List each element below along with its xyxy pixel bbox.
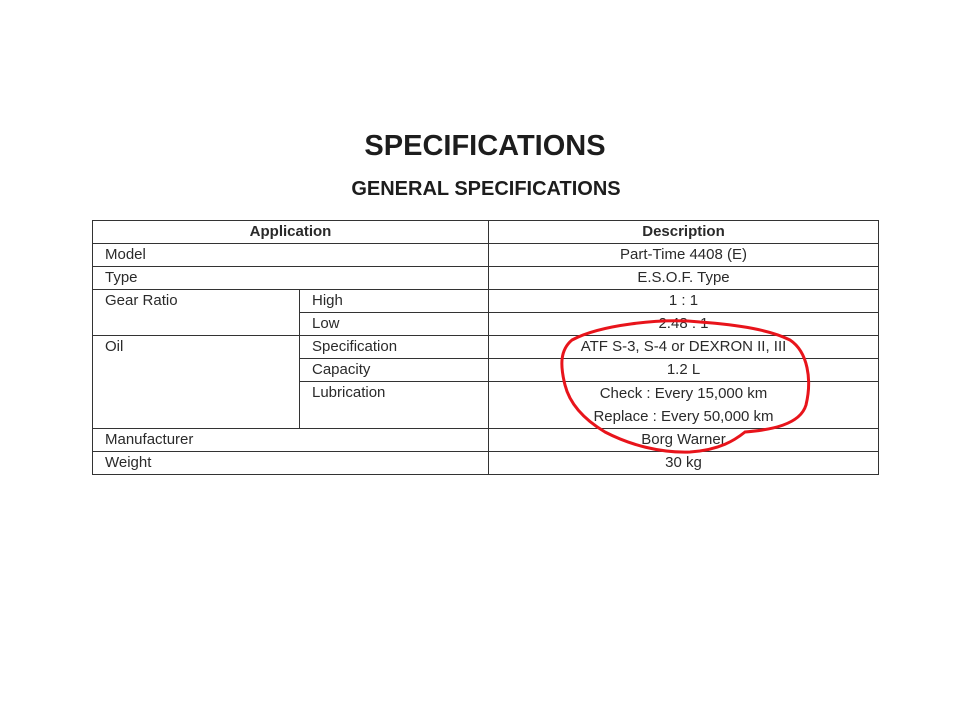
header-description: Description bbox=[489, 221, 879, 244]
value-lubrication: Check : Every 15,000 km Replace : Every … bbox=[489, 382, 879, 429]
row-label-model: Model bbox=[93, 244, 489, 267]
row-label-gear-ratio: Gear Ratio bbox=[93, 290, 300, 336]
sub-label-capacity: Capacity bbox=[300, 359, 489, 382]
page-title: SPECIFICATIONS bbox=[0, 130, 960, 163]
specifications-table: Application Description Model Part-Time … bbox=[92, 220, 879, 475]
row-value-manufacturer: Borg Warner bbox=[489, 429, 879, 452]
lubrication-check: Check : Every 15,000 km bbox=[501, 382, 866, 405]
value-low: 2.48 : 1 bbox=[489, 313, 879, 336]
table-row: Manufacturer Borg Warner bbox=[93, 429, 879, 452]
sub-label-lubrication: Lubrication bbox=[300, 382, 489, 429]
table-row: Weight 30 kg bbox=[93, 452, 879, 475]
table-header-row: Application Description bbox=[93, 221, 879, 244]
row-value-weight: 30 kg bbox=[489, 452, 879, 475]
row-value-type: E.S.O.F. Type bbox=[489, 267, 879, 290]
row-label-manufacturer: Manufacturer bbox=[93, 429, 489, 452]
table-row: Gear Ratio High 1 : 1 bbox=[93, 290, 879, 313]
table-row: Oil Specification ATF S-3, S-4 or DEXRON… bbox=[93, 336, 879, 359]
section-title: GENERAL SPECIFICATIONS bbox=[0, 178, 960, 201]
row-label-type: Type bbox=[93, 267, 489, 290]
sub-label-specification: Specification bbox=[300, 336, 489, 359]
value-capacity: 1.2 L bbox=[489, 359, 879, 382]
lubrication-replace: Replace : Every 50,000 km bbox=[501, 405, 866, 428]
table-row: Type E.S.O.F. Type bbox=[93, 267, 879, 290]
value-high: 1 : 1 bbox=[489, 290, 879, 313]
value-specification: ATF S-3, S-4 or DEXRON II, III bbox=[489, 336, 879, 359]
header-application: Application bbox=[93, 221, 489, 244]
row-label-weight: Weight bbox=[93, 452, 489, 475]
table-row: Model Part-Time 4408 (E) bbox=[93, 244, 879, 267]
row-value-model: Part-Time 4408 (E) bbox=[489, 244, 879, 267]
sub-label-high: High bbox=[300, 290, 489, 313]
sub-label-low: Low bbox=[300, 313, 489, 336]
row-label-oil: Oil bbox=[93, 336, 300, 429]
